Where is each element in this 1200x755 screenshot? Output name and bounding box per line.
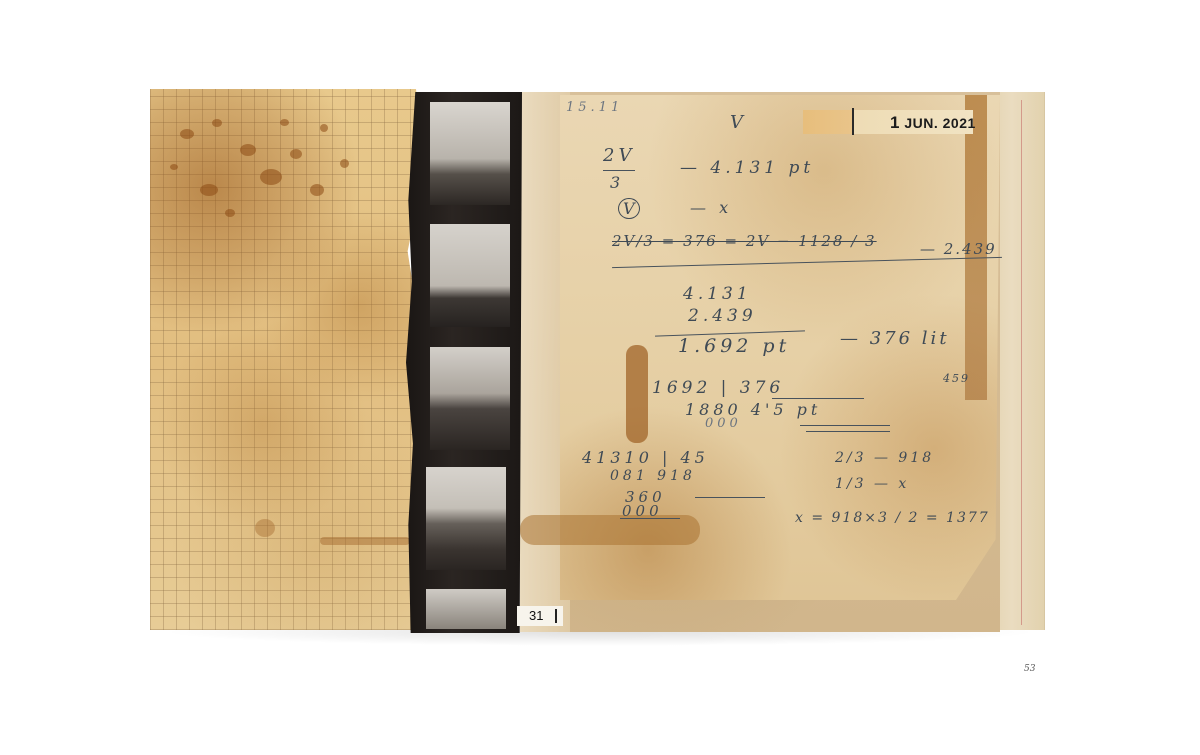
division2-underline bbox=[695, 497, 765, 498]
division-bar bbox=[772, 398, 864, 399]
film-frame-2 bbox=[430, 224, 510, 327]
date-stamp-month-year: JUN. 2021 bbox=[904, 115, 975, 131]
fraction-bar bbox=[603, 170, 635, 171]
edge-page-mark: 53 bbox=[1024, 664, 1035, 674]
note-division-1: 1692 | 376 bbox=[652, 378, 784, 398]
division2-underline-2 bbox=[620, 518, 680, 519]
note-line2-value: — x bbox=[690, 198, 732, 217]
note-circled-v: V bbox=[618, 198, 640, 219]
note-division2-1: 41310 | 45 bbox=[582, 448, 709, 467]
stained-grid-paper bbox=[150, 89, 430, 630]
stain-drip bbox=[626, 345, 648, 443]
film-frame-4 bbox=[426, 467, 506, 570]
page-number: 31 bbox=[529, 608, 543, 623]
date-stamp-day: 1 bbox=[890, 113, 900, 132]
note-line1-value: — 4.131 pt bbox=[680, 158, 814, 178]
note-subtraction-result: 1.692 pt bbox=[678, 335, 790, 357]
note-ratio-2: 1/3 — x bbox=[835, 476, 909, 492]
note-liters: — 376 lit bbox=[840, 328, 950, 349]
note-corner-date: 15.11 bbox=[566, 100, 623, 115]
note-fraction-denominator: 3 bbox=[610, 173, 624, 192]
film-contact-strip bbox=[406, 92, 522, 633]
note-division2-2: 081 918 bbox=[610, 468, 696, 484]
date-stamp-divider bbox=[852, 108, 854, 135]
note-division-3: 000 bbox=[705, 416, 742, 431]
note-side-459: 459 bbox=[943, 372, 970, 385]
note-subtraction-a: 4.131 bbox=[683, 284, 752, 304]
margin-red-line bbox=[1021, 100, 1022, 625]
note-fraction-numerator: 2V bbox=[603, 145, 635, 166]
note-ratio-1: 2/3 — 918 bbox=[835, 450, 934, 466]
note-header-v: V bbox=[730, 112, 747, 133]
note-ratio-result: x = 918×3 / 2 = 1377 bbox=[795, 510, 990, 526]
underline-result-2 bbox=[806, 431, 890, 432]
underline-result bbox=[800, 425, 890, 426]
page-number-label: 31 bbox=[517, 606, 563, 626]
film-frame-5 bbox=[426, 589, 506, 629]
stain-horizontal bbox=[520, 515, 700, 545]
page-number-bar bbox=[555, 609, 557, 623]
note-subtraction-b: 2.439 bbox=[688, 306, 757, 326]
film-frame-1 bbox=[430, 102, 510, 205]
film-frame-3 bbox=[430, 347, 510, 450]
note-crossed-equation: 2V/3 = 376 = 2V − 1128 / 3 bbox=[612, 232, 877, 250]
date-stamp: 1 JUN. 2021 bbox=[890, 113, 976, 133]
note-line3-result: — 2.439 bbox=[920, 240, 997, 258]
